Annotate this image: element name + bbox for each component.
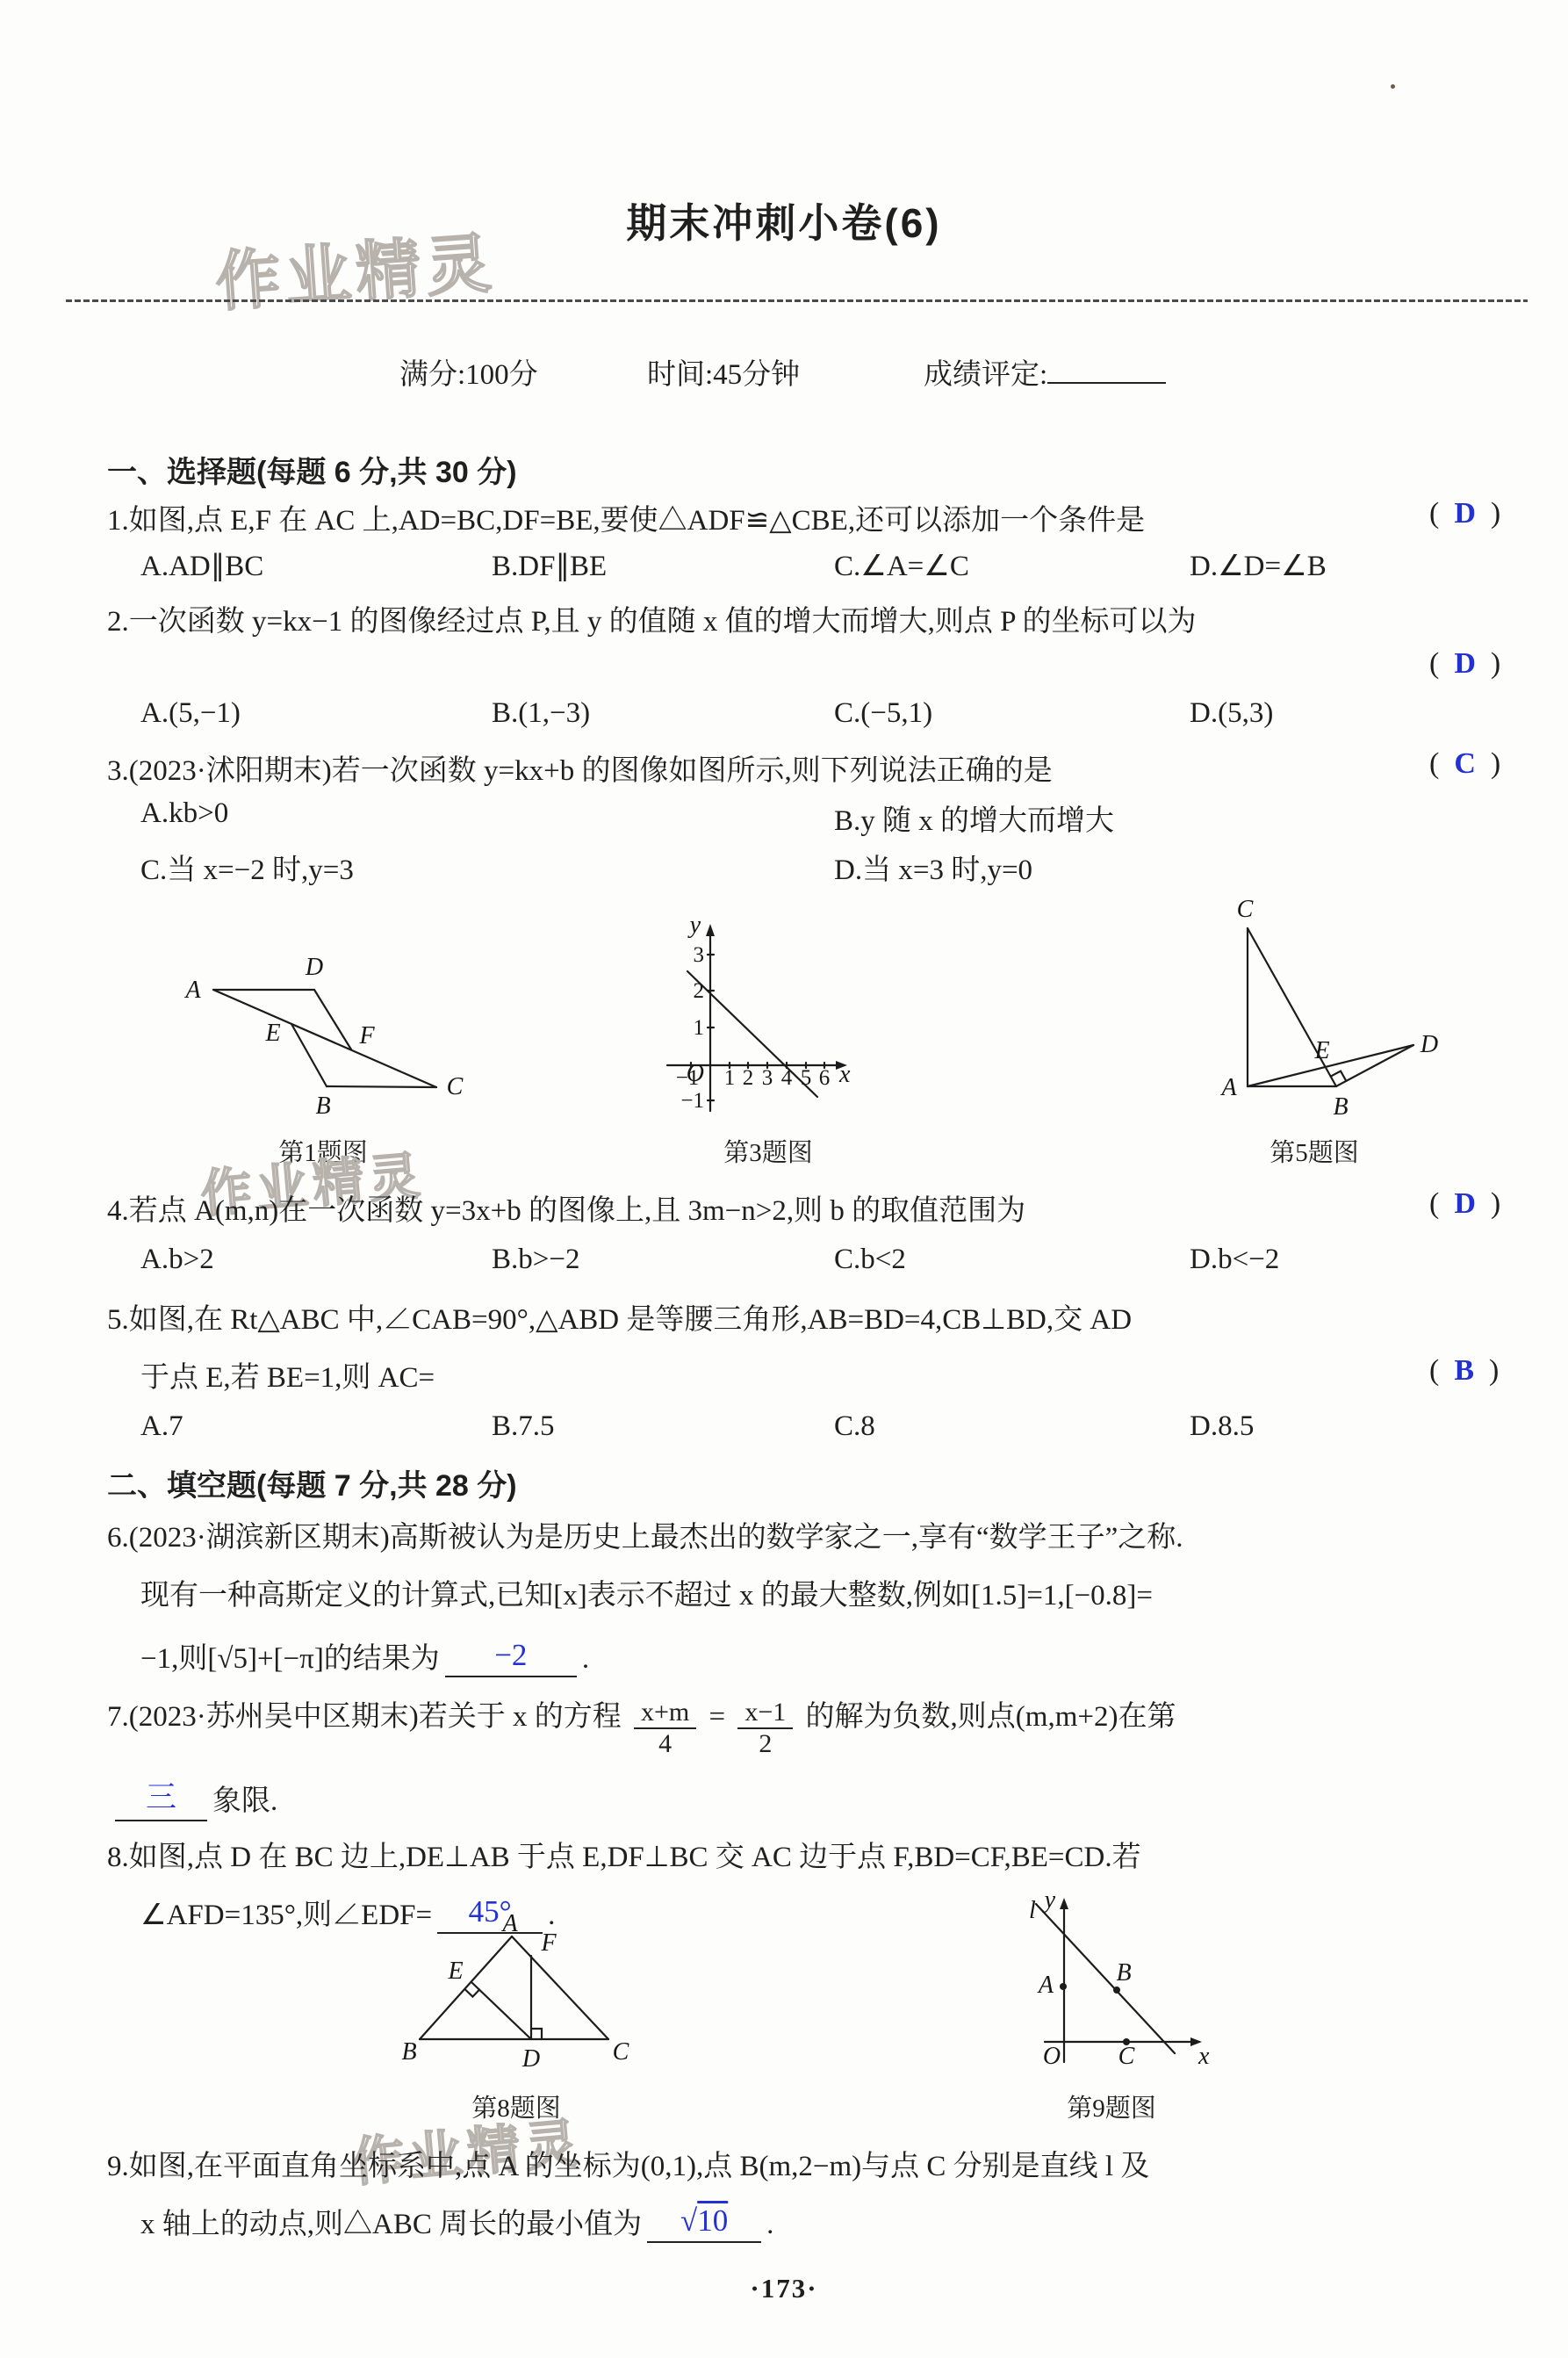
point-label: B [1333, 1093, 1348, 1121]
close-paren: ) [1491, 647, 1500, 680]
q9-answer-blank: √10 [647, 2206, 761, 2243]
y-tick-label: −1 [680, 1089, 704, 1113]
q4-text: 4.若点 A(m,n)在一次函数 y=3x+b 的图像上,且 3m−n>2,则 … [107, 1187, 1025, 1229]
figure-q8-caption: 第8题图 [471, 2088, 561, 2124]
q4-option-b: B.b>−2 [492, 1244, 579, 1276]
q1-option-d: D.∠D=∠B [1190, 548, 1327, 583]
q2-answer-bracket: (D) [1429, 647, 1500, 681]
q1-option-c: C.∠A=∠C [834, 548, 969, 583]
y-tick-label: 2 [694, 979, 705, 1003]
point-label: D [305, 954, 323, 981]
open-paren: ( [1429, 747, 1439, 780]
radical-sign: √ [680, 2203, 697, 2238]
x-tick-label: −1 [676, 1066, 700, 1090]
grade-label-text: 成绩评定: [924, 359, 1047, 391]
line-label: l [1029, 1897, 1036, 1924]
q1-options: A.AD∥BC B.DF∥BE C.∠A=∠C D.∠D=∠B [0, 548, 1568, 588]
q4-options: A.b>2 B.b>−2 C.b<2 D.b<−2 [0, 1244, 1568, 1284]
q5-text-line1: 5.如图,在 Rt△ABC 中,∠CAB=90°,△ABD 是等腰三角形,AB=… [107, 1296, 1132, 1338]
y-tick-label: 3 [694, 943, 705, 967]
q3-option-d: D.当 x=3 时,y=0 [834, 847, 1032, 888]
q7-fraction-2: x−12 [737, 1698, 793, 1758]
q9-period: . [766, 2209, 773, 2240]
x-tick-label: 2 [743, 1066, 754, 1090]
point-label: F [540, 1929, 557, 1957]
x-tick-label: 4 [781, 1066, 793, 1090]
close-paren: ) [1491, 497, 1500, 530]
q9-answer: √10 [680, 2203, 728, 2238]
q2-option-a: A.(5,−1) [140, 697, 241, 730]
q4-option-d: D.b<−2 [1190, 1244, 1279, 1276]
point-label: B [315, 1092, 330, 1120]
open-paren: ( [1429, 1354, 1439, 1387]
fraction-denominator: 2 [737, 1729, 793, 1759]
q5-options: A.7 B.7.5 C.8 D.8.5 [0, 1410, 1568, 1451]
figure-q1-caption: 第1题图 [278, 1133, 368, 1169]
point-label: C [1118, 2043, 1135, 2070]
q3-options-row1: A.kb>0 B.y 随 x 的增大而增大 [0, 797, 1568, 838]
q3-answer: C [1439, 747, 1491, 780]
q6-text-line3: −1,则[√5]+[−π]的结果为−2. [140, 1635, 589, 1677]
q2-text: 2.一次函数 y=kx−1 的图像经过点 P,且 y 的值随 x 值的增大而增大… [107, 598, 1197, 639]
q6-answer-blank: −2 [445, 1641, 577, 1677]
q4-answer-bracket: (D) [1429, 1187, 1500, 1221]
open-paren: ( [1429, 497, 1439, 530]
q6-answer: −2 [494, 1638, 527, 1672]
scan-speck [1391, 84, 1395, 89]
figure-q9-caption: 第9题图 [1067, 2088, 1156, 2124]
x-axis-label: x [1198, 2043, 1210, 2070]
y-axis-label: y [1042, 1886, 1056, 1914]
q6-text-line2: 现有一种高斯定义的计算式,已知[x]表示不超过 x 的最大整数,例如[1.5]=… [140, 1572, 1153, 1613]
q3-option-c: C.当 x=−2 时,y=3 [140, 847, 354, 888]
q3-option-b: B.y 随 x 的增大而增大 [834, 797, 1114, 839]
q1-option-b: B.DF∥BE [492, 548, 607, 583]
q6-period: . [582, 1643, 589, 1675]
grade-label: 成绩评定: [924, 351, 1166, 393]
exam-page: 期末冲刺小卷(6) 作业精灵 满分:100分 时间:45分钟 成绩评定: 一、选… [0, 0, 1568, 2358]
q7-answer-blank: 三 [115, 1776, 207, 1821]
fraction-denominator: 4 [634, 1729, 696, 1759]
y-tick-label: 1 [694, 1016, 705, 1040]
q7-suffix: 象限. [212, 1785, 277, 1817]
fraction-numerator: x−1 [737, 1698, 793, 1729]
point-label: A [183, 977, 201, 1004]
q7-post-text: 的解为负数,则点(m,m+2)在第 [806, 1701, 1176, 1733]
x-axis-label: x [838, 1061, 851, 1088]
title-divider [66, 299, 1528, 302]
y-axis-label: y [687, 912, 701, 939]
q4-answer: D [1439, 1187, 1491, 1220]
q5-answer-bracket: (B) [1429, 1354, 1499, 1388]
q3-answer-bracket: (C) [1429, 747, 1500, 781]
open-paren: ( [1429, 1187, 1439, 1220]
q8-text-line1: 8.如图,点 D 在 BC 边上,DE⊥AB 于点 E,DF⊥BC 交 AC 边… [107, 1834, 1141, 1875]
section-choice-header: 一、选择题(每题 6 分,共 30 分) [107, 448, 517, 491]
point-label: E [1313, 1037, 1329, 1064]
x-tick-label: 1 [724, 1066, 736, 1090]
q4-option-c: C.b<2 [834, 1244, 906, 1276]
point-label: A [500, 1910, 518, 1937]
q5-option-b: B.7.5 [492, 1410, 555, 1443]
q7-answer: 三 [146, 1780, 176, 1814]
q9-text-line1: 9.如图,在平面直角坐标系中,点 A 的坐标为(0,1),点 B(m,2−m)与… [107, 2143, 1149, 2184]
q6-text-line1: 6.(2023·湖滨新区期末)高斯被认为是历史上最杰出的数学家之一,享有“数学王… [107, 1514, 1183, 1555]
x-tick-label: 3 [762, 1066, 773, 1090]
q7-text: 7.(2023·苏州吴中区期末)若关于 x 的方程 x+m4 = x−12 的解… [107, 1693, 1176, 1759]
q7-pre-text: 7.(2023·苏州吴中区期末)若关于 x 的方程 [107, 1701, 622, 1733]
point-label: C [447, 1073, 464, 1100]
section-fill-header: 二、填空题(每题 7 分,共 28 分) [107, 1461, 517, 1504]
q1-answer: D [1439, 497, 1491, 530]
point-label: C [1237, 896, 1254, 923]
q4-option-a: A.b>2 [140, 1244, 214, 1276]
grade-blank-line [1047, 353, 1166, 384]
point-label: D [521, 2045, 540, 2073]
figure-q3-caption: 第3题图 [723, 1133, 813, 1169]
q3-option-a: A.kb>0 [140, 797, 228, 830]
x-tick-label: 5 [801, 1066, 812, 1090]
q5-answer: B [1439, 1354, 1489, 1387]
fraction-numerator: x+m [634, 1698, 696, 1729]
point-label: A [1037, 1972, 1054, 1999]
q5-option-d: D.8.5 [1190, 1410, 1254, 1443]
full-score-label: 满分:100分 [399, 351, 538, 393]
q1-answer-bracket: (D) [1429, 497, 1500, 530]
q2-option-d: D.(5,3) [1190, 697, 1273, 730]
close-paren: ) [1491, 1187, 1500, 1220]
close-paren: ) [1489, 1354, 1499, 1387]
figure-q8: A F E B D C [369, 1919, 632, 2077]
q1-text: 1.如图,点 E,F 在 AC 上,AD=BC,DF=BE,要使△ADF≌△CB… [107, 497, 1145, 538]
q9-text-line2: x 轴上的动点,则△ABC 周长的最小值为√10. [140, 2201, 773, 2243]
q2-answer: D [1439, 647, 1491, 680]
point-label: B [1116, 1959, 1131, 1987]
point-label: F [358, 1022, 375, 1049]
point-label: E [264, 1020, 280, 1047]
radicand: 10 [697, 2203, 728, 2238]
q9-line2-text: x 轴上的动点,则△ABC 周长的最小值为 [140, 2209, 642, 2240]
q2-option-b: B.(1,−3) [492, 697, 590, 730]
q2-options: A.(5,−1) B.(1,−3) C.(−5,1) D.(5,3) [0, 697, 1568, 738]
point-label: E [447, 1958, 463, 1985]
q6-line3-text: −1,则[√5]+[−π]的结果为 [140, 1643, 440, 1675]
close-paren: ) [1491, 747, 1500, 780]
q3-text: 3.(2023·沭阳期末)若一次函数 y=kx+b 的图像如图所示,则下列说法正… [107, 747, 1053, 789]
q5-option-c: C.8 [834, 1410, 875, 1443]
figure-q5: C A B D E [1168, 878, 1457, 1133]
q7-fraction-1: x+m4 [634, 1698, 696, 1758]
page-title: 期末冲刺小卷(6) [0, 191, 1568, 249]
time-label: 时间:45分钟 [647, 351, 800, 393]
figure-q3: y x O 3 2 1 −1 −1 1 2 3 4 5 6 [658, 913, 860, 1129]
q2-option-c: C.(−5,1) [834, 697, 932, 730]
origin-label: O [1043, 2043, 1061, 2070]
point-label: B [401, 2038, 416, 2066]
point-label: D [1420, 1031, 1438, 1058]
q7-answer-line: 三象限. [110, 1776, 277, 1821]
figure-q9: l y A B O C x [1018, 1888, 1229, 2077]
point-label: C [613, 2038, 629, 2066]
q5-text-line2: 于点 E,若 BE=1,则 AC= [140, 1354, 435, 1395]
page-number: ·173· [0, 2273, 1568, 2304]
open-paren: ( [1429, 647, 1439, 680]
q5-option-a: A.7 [140, 1410, 183, 1443]
equals-sign: = [708, 1701, 725, 1733]
q1-option-a: A.AD∥BC [140, 548, 263, 583]
figure-q1: A D E F B C [132, 913, 500, 1120]
figure-q5-caption: 第5题图 [1270, 1133, 1359, 1169]
point-label: A [1219, 1074, 1237, 1101]
x-tick-label: 6 [819, 1066, 831, 1090]
